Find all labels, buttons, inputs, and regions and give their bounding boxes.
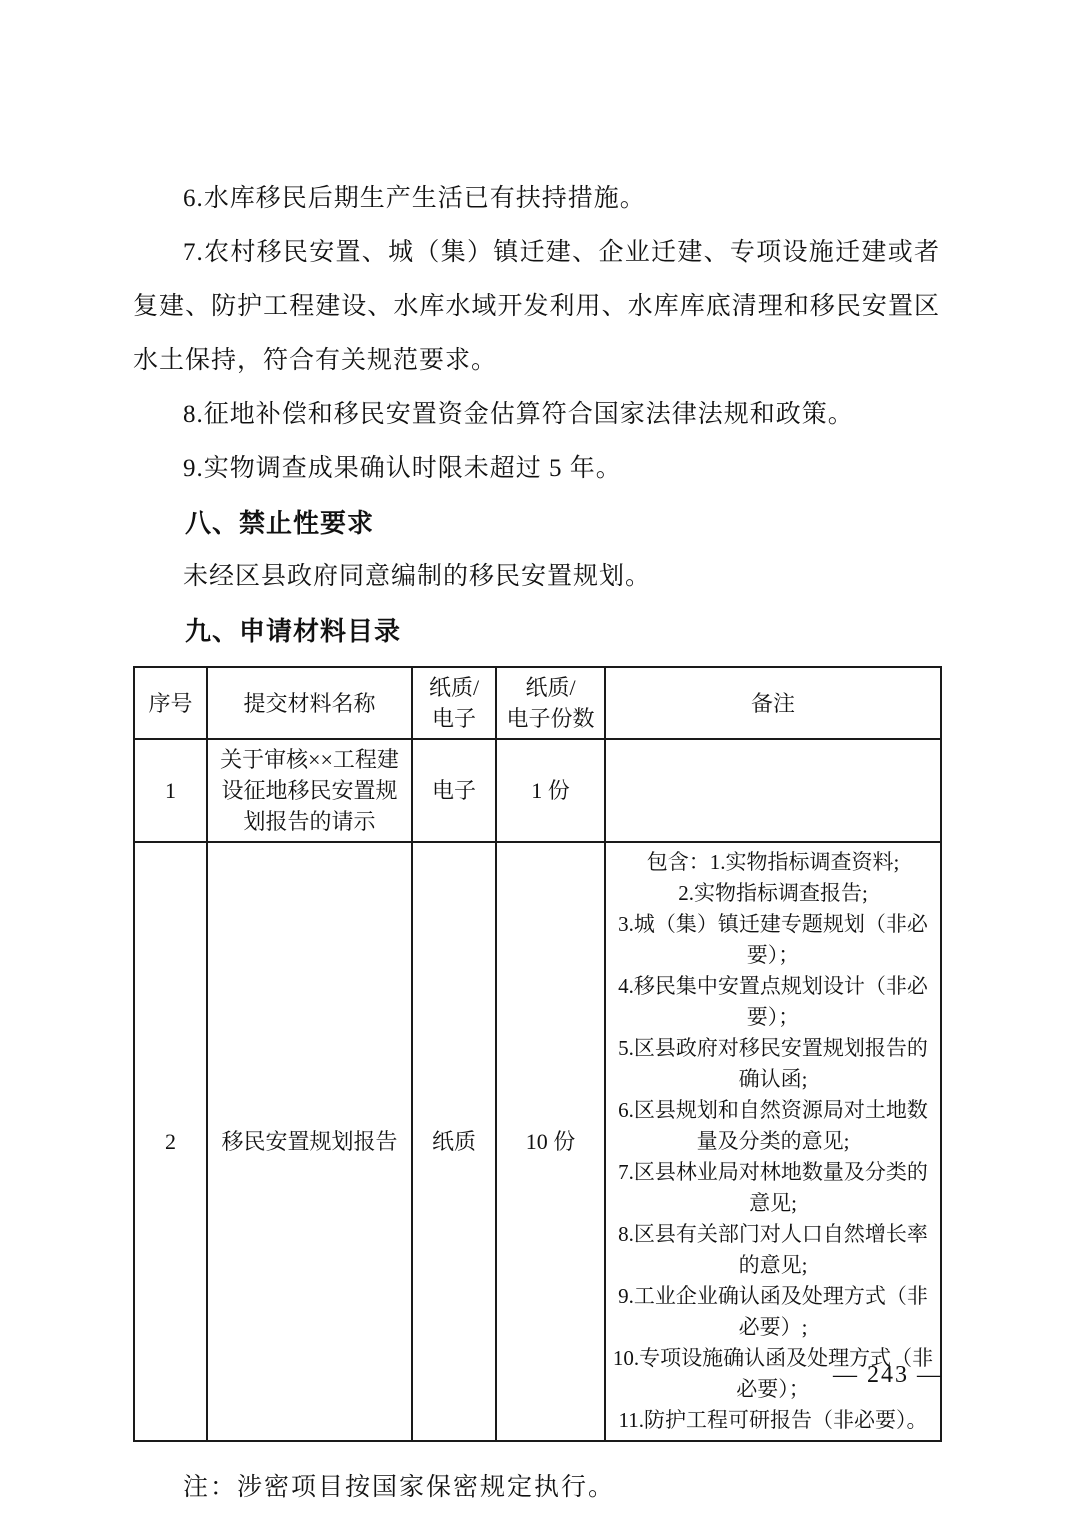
cell-material-name: 关于审核××工程建设征地移民安置规划报告的请示: [207, 739, 412, 842]
cell-material-name: 移民安置规划报告: [207, 842, 412, 1441]
document-page: 6.水库移民后期生产生活已有扶持措施。 7.农村移民安置、城（集）镇迁建、企业迁…: [0, 0, 1074, 1520]
cell-remarks: [605, 739, 941, 842]
cell-serial-number: 2: [134, 842, 207, 1441]
paragraph-item-9: 9.实物调查成果确认时限未超过 5 年。: [133, 442, 940, 496]
cell-serial-number: 1: [134, 739, 207, 842]
col-header-material-name: 提交材料名称: [207, 667, 412, 739]
table-header-row: 序号 提交材料名称 纸质/ 电子 纸质/ 电子份数 备注: [134, 667, 941, 739]
page-number: — 243 —: [833, 1362, 943, 1389]
paragraph-item-8: 8.征地补偿和移民安置资金估算符合国家法律法规和政策。: [133, 388, 940, 442]
col-header-copies: 纸质/ 电子份数: [496, 667, 605, 739]
col-header-serial-number: 序号: [134, 667, 207, 739]
cell-copies: 10 份: [496, 842, 605, 1441]
table-row: 1 关于审核××工程建设征地移民安置规划报告的请示 电子 1 份: [134, 739, 941, 842]
cell-remarks: 包含：1.实物指标调查资料; 2.实物指标调查报告; 3.城（集）镇迁建专题规划…: [605, 842, 941, 1441]
page-content: 6.水库移民后期生产生活已有扶持措施。 7.农村移民安置、城（集）镇迁建、企业迁…: [133, 172, 940, 1508]
col-header-format: 纸质/ 电子: [412, 667, 496, 739]
footnote: 注：涉密项目按国家保密规定执行。: [133, 1468, 940, 1508]
section-body-prohibitions: 未经区县政府同意编制的移民安置规划。: [133, 550, 940, 604]
cell-format: 电子: [412, 739, 496, 842]
cell-copies: 1 份: [496, 739, 605, 842]
section-heading-prohibitions: 八、禁止性要求: [133, 496, 940, 550]
table-row: 2 移民安置规划报告 纸质 10 份 包含：1.实物指标调查资料; 2.实物指标…: [134, 842, 941, 1441]
section-heading-materials-list: 九、申请材料目录: [133, 604, 940, 658]
col-header-remarks: 备注: [605, 667, 941, 739]
paragraph-item-7: 7.农村移民安置、城（集）镇迁建、企业迁建、专项设施迁建或者复建、防护工程建设、…: [133, 226, 940, 388]
paragraph-item-6: 6.水库移民后期生产生活已有扶持措施。: [133, 172, 940, 226]
cell-format: 纸质: [412, 842, 496, 1441]
materials-table: 序号 提交材料名称 纸质/ 电子 纸质/ 电子份数 备注 1 关于审核××工程建…: [133, 666, 942, 1442]
